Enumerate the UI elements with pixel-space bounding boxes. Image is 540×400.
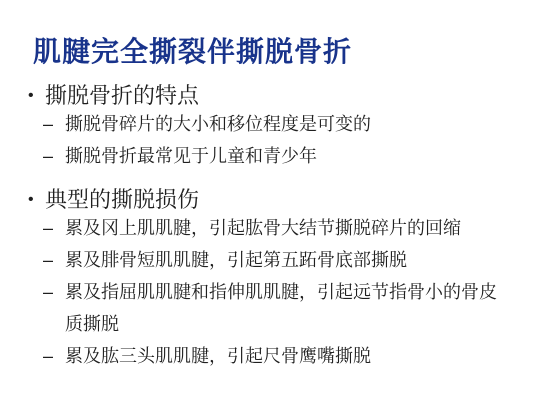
bullet-glyph: •: [28, 188, 45, 212]
dash-glyph: –: [43, 140, 65, 172]
dash-glyph: –: [43, 108, 65, 140]
sub-bullet-text: 累及肱三头肌肌腱，引起尺骨鹰嘴撕脱: [65, 340, 371, 372]
bullet-group: •典型的撕脱损伤–累及冈上肌肌腱，引起肱骨大结节撕脱碎片的回缩–累及腓骨短肌肌腱…: [0, 188, 540, 372]
sub-bullet-text: 累及指屈肌肌腱和指伸肌肌腱，引起远节指骨小的骨皮质撕脱: [65, 276, 507, 340]
slide-body: •撕脱骨折的特点–撕脱骨碎片的大小和移位程度是可变的–撕脱骨折最常见于儿童和青少…: [0, 84, 540, 372]
bullet-text: 撕脱骨折的特点: [45, 84, 199, 108]
sub-bullet-item: –累及指屈肌肌腱和指伸肌肌腱，引起远节指骨小的骨皮质撕脱: [43, 276, 540, 340]
sub-bullet-item: –撕脱骨折最常见于儿童和青少年: [43, 140, 540, 172]
sub-bullet-item: –累及肱三头肌肌腱，引起尺骨鹰嘴撕脱: [43, 340, 540, 372]
sub-bullet-text: 累及腓骨短肌肌腱，引起第五跖骨底部撕脱: [65, 244, 407, 276]
sub-bullet-text: 累及冈上肌肌腱，引起肱骨大结节撕脱碎片的回缩: [65, 212, 461, 244]
bullet-text: 典型的撕脱损伤: [45, 188, 199, 212]
dash-glyph: –: [43, 340, 65, 372]
presentation-slide: 肌腱完全撕裂伴撕脱骨折 •撕脱骨折的特点–撕脱骨碎片的大小和移位程度是可变的–撕…: [0, 0, 540, 400]
sub-bullet-item: –撕脱骨碎片的大小和移位程度是可变的: [43, 108, 540, 140]
bullet-group: •撕脱骨折的特点–撕脱骨碎片的大小和移位程度是可变的–撕脱骨折最常见于儿童和青少…: [0, 84, 540, 172]
dash-glyph: –: [43, 276, 65, 308]
slide-title: 肌腱完全撕裂伴撕脱骨折: [33, 36, 520, 68]
sub-bullet-item: –累及冈上肌肌腱，引起肱骨大结节撕脱碎片的回缩: [43, 212, 540, 244]
bullet-item: •撕脱骨折的特点: [28, 84, 530, 108]
sub-bullet-item: –累及腓骨短肌肌腱，引起第五跖骨底部撕脱: [43, 244, 540, 276]
dash-glyph: –: [43, 244, 65, 276]
bullet-glyph: •: [28, 84, 45, 108]
bullet-item: •典型的撕脱损伤: [28, 188, 530, 212]
sub-bullet-text: 撕脱骨碎片的大小和移位程度是可变的: [65, 108, 371, 140]
sub-bullet-text: 撕脱骨折最常见于儿童和青少年: [65, 140, 317, 172]
dash-glyph: –: [43, 212, 65, 244]
